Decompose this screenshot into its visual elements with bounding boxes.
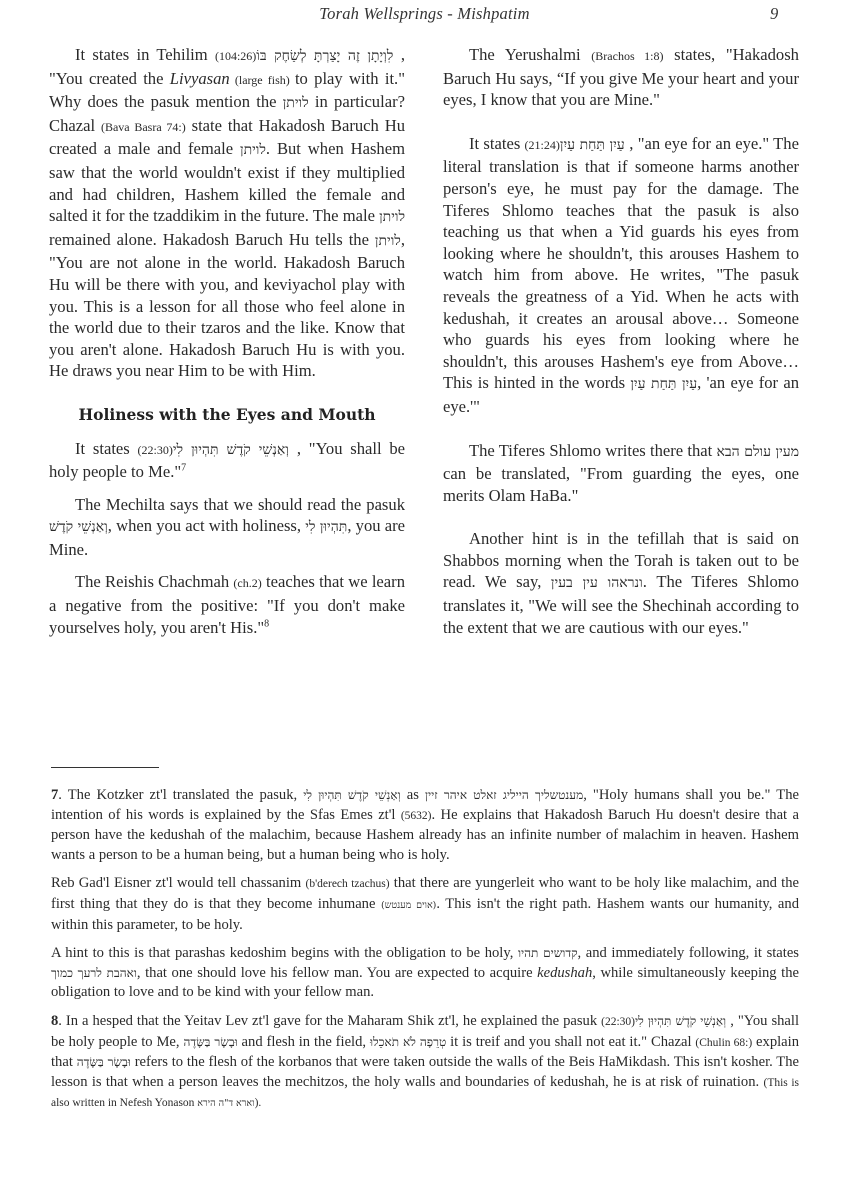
right-column: The Yerushalmi (Brachos 1:8) states, "Ha… [443,44,799,649]
section-heading: Holiness with the Eyes and Mouth [49,404,405,426]
left-column: It states in Tehilim (104:26) לִוְיָתָן … [49,44,405,649]
footnote-ref-7[interactable]: 7 [181,463,186,474]
text: A hint to this is that parashas kedoshim… [51,945,518,961]
hebrew-quote: ונראהו עין בעין [551,575,643,591]
hebrew-word: לויתן [379,209,405,225]
hebrew-word: לויתן [375,233,401,249]
paragraph-mechilta: The Mechilta says that we should read th… [49,494,405,561]
yiddish-term: (אוים מענטש) [381,900,436,911]
text: , that one should love his fellow man. Y… [137,965,537,981]
text: Reb Gad'l Eisner zt'l would tell chassan… [51,875,305,891]
yiddish-quote: מענטשליך הייליג זאלט איהר זיין [425,788,583,802]
hebrew-word: לויתן [240,142,266,158]
hebrew-quote: ואהבת לרעך כמוך [51,966,137,980]
text: , "an eye for an eye." The literal trans… [443,134,799,393]
italic-term: kedushah [537,965,592,981]
book-title: Torah Wellsprings - Mishpatim [0,4,849,24]
source-reference: (Chulin 68:) [695,1037,752,1049]
hebrew-source: וארא ד"ה הירא [197,1098,254,1109]
hebrew-quote: וְאַנְשֵׁי קֹדֶשׁ תִּהְיוּן לִי [635,1014,730,1028]
footnote-ref-8[interactable]: 8 [264,618,269,629]
text: It states in Tehilim [75,45,215,64]
text: . In a hesped that the Yeitav Lev zt'l g… [58,1013,601,1029]
page-number: 9 [770,4,778,24]
paragraph-yerushalmi: The Yerushalmi (Brachos 1:8) states, "Ha… [443,44,799,111]
hebrew-quote: עַיִן תַּחַת עַיִן [560,137,629,153]
hebrew-quote: תִּהְיוּן לִי [305,519,347,535]
text: , "You are not alone in the world. Hakad… [49,230,405,381]
hebrew-quote: וְאַנְשֵׁי קֹדֶשׁ תִּהְיוּן לִי [173,442,297,458]
source-reference: (21:24) [525,138,560,152]
hebrew-quote: מעין עולם הבא [716,444,799,460]
hebrew-quote: קדושים תהיו [518,946,578,960]
paragraph-holy-people: It states (22:30) וְאַנְשֵׁי קֹדֶשׁ תִּה… [49,438,405,483]
text: . The Kotzker zt'l translated the pasuk, [58,787,303,803]
source-reference: ). [255,1097,262,1109]
text: can be translated, "From guarding the ey… [443,464,799,505]
text: as [401,787,425,803]
footnote-7: 7. The Kotzker zt'l translated the pasuk… [51,786,799,865]
hebrew-quote: טְרֵפָה לֹא תֹאכֵלוּ [370,1035,446,1049]
source-reference: (104:26) [215,49,256,63]
source-reference: (large fish) [230,73,295,87]
paragraph-eye-for-eye: It states (21:24) עַיִן תַּחַת עַיִן, "a… [443,133,799,418]
footnote-8: 8. In a hesped that the Yeitav Lev zt'l … [51,1012,799,1114]
text: remained alone. Hakadosh Baruch Hu tells… [49,230,375,249]
text: The Mechilta says that we should read th… [75,495,405,514]
hebrew-quote: וּבָשָׂר בַּשָּׂדֶה [77,1055,131,1069]
hebrew-quote: עַיִן תַּחַת עַיִן [630,376,697,392]
paragraph-olam-haba: The Tiferes Shlomo writes there that מעי… [443,440,799,507]
hebrew-word: לויתן [283,95,309,111]
italic-term: Livyasan [170,69,230,88]
footnotes: 7. The Kotzker zt'l translated the pasuk… [51,786,799,1123]
paragraph-livyasan: It states in Tehilim (104:26) לִוְיָתָן … [49,44,405,382]
source-reference: (ch.2) [233,576,261,590]
paragraph-tefillah-hint: Another hint is in the tefillah that is … [443,528,799,638]
text: refers to the flesh of the korbanos that… [51,1054,799,1090]
source-reference: (b'derech tzachus) [305,878,389,890]
text: The Tiferes Shlomo writes there that [469,441,716,460]
hebrew-quote: וְאַנְשֵׁי קֹדֶשׁ [49,519,108,535]
text: It states [469,134,525,153]
hebrew-quote: וּבָשָׂר בַּשָּׂדֶה [183,1035,237,1049]
source-reference: (Brachos 1:8) [591,49,663,63]
hebrew-quote: וְאַנְשֵׁי קֹדֶשׁ תִּהְיוּן לִי [303,788,400,802]
running-header: Torah Wellsprings - Mishpatim 9 [0,4,849,28]
source-reference: (5632) [401,810,432,822]
hebrew-quote: לִוְיָתָן זֶה יָצַרְתָּ לְשַׂחֶק בּוֹ [256,48,401,64]
text: , and immediately following, it states [578,945,799,961]
text: It states [75,439,138,458]
text: The Reishis Chachmah [75,572,233,591]
paragraph-reishis-chachmah: The Reishis Chachmah (ch.2) teaches that… [49,571,405,638]
source-reference: (22:30) [601,1016,635,1028]
footnote-7-hint: A hint to this is that parashas kedoshim… [51,944,799,1003]
source-reference: (22:30) [138,443,173,457]
footnote-7-continuation: Reb Gad'l Eisner zt'l would tell chassan… [51,874,799,935]
text: The Yerushalmi [469,45,591,64]
source-reference: (Bava Basra 74:) [101,120,186,134]
text: it is treif and you shall not eat it." C… [446,1034,695,1050]
text: and flesh in the field, [238,1034,370,1050]
footnote-divider [51,767,159,768]
text: , when you act with holiness, [108,516,305,535]
